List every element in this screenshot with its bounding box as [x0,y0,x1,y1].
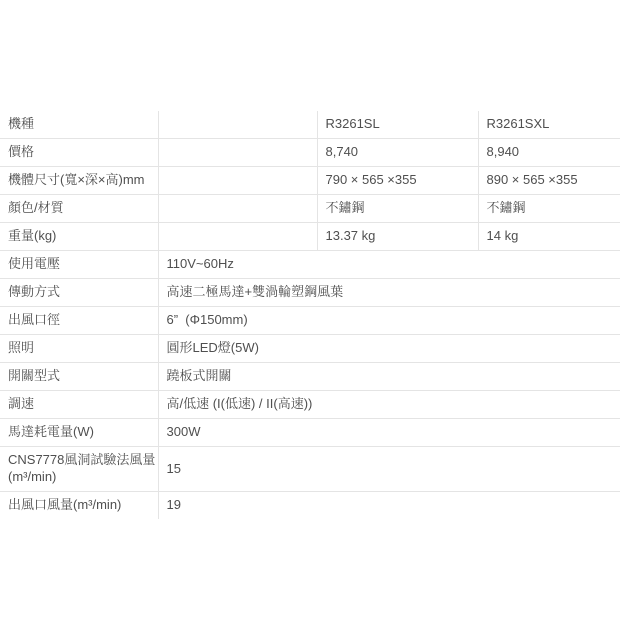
model-a-value: 不鏽鋼 [317,195,478,223]
row-label: CNS7778風洞試驗法風量 (m³/min) [0,447,158,492]
table-row: 機體尺寸(寬×深×高)mm 790 × 565 ×355 890 × 565 ×… [0,167,620,195]
spec-value: 19 [158,492,620,520]
model-a-value: 13.37 kg [317,223,478,251]
model-b-value: R3261SXL [478,111,620,139]
table-row: 傳動方式 高速二極馬達+雙渦輪塑鋼風葉 [0,279,620,307]
empty-cell [158,111,317,139]
empty-cell [158,167,317,195]
spec-value: 圓形LED燈(5W) [158,335,620,363]
empty-cell [158,195,317,223]
table-row: 照明 圓形LED燈(5W) [0,335,620,363]
row-label: 重量(kg) [0,223,158,251]
row-label: 馬達耗電量(W) [0,419,158,447]
table-row: 重量(kg) 13.37 kg 14 kg [0,223,620,251]
row-label: 調速 [0,391,158,419]
table-row: CNS7778風洞試驗法風量 (m³/min) 15 [0,447,620,492]
spec-table: 機種 R3261SL R3261SXL 價格 8,740 8,940 機體尺寸(… [0,111,620,519]
spec-value: 6” (Φ150mm) [158,307,620,335]
spec-value: 高/低速 (I(低速) / II(高速)) [158,391,620,419]
spec-value: 蹺板式開關 [158,363,620,391]
table-row: 開關型式 蹺板式開關 [0,363,620,391]
model-b-value: 14 kg [478,223,620,251]
table-row: 價格 8,740 8,940 [0,139,620,167]
row-label: 使用電壓 [0,251,158,279]
model-a-value: 790 × 565 ×355 [317,167,478,195]
row-label: 機種 [0,111,158,139]
model-b-value: 8,940 [478,139,620,167]
table-row: 機種 R3261SL R3261SXL [0,111,620,139]
row-label: 出風口風量(m³/min) [0,492,158,520]
row-label: 出風口徑 [0,307,158,335]
spec-value: 高速二極馬達+雙渦輪塑鋼風葉 [158,279,620,307]
table-row: 出風口風量(m³/min) 19 [0,492,620,520]
row-label: 照明 [0,335,158,363]
model-b-value: 890 × 565 ×355 [478,167,620,195]
spec-value: 110V~60Hz [158,251,620,279]
spec-value: 15 [158,447,620,492]
table-row: 顏色/材質 不鏽鋼 不鏽鋼 [0,195,620,223]
empty-cell [158,139,317,167]
model-a-value: R3261SL [317,111,478,139]
row-label: 機體尺寸(寬×深×高)mm [0,167,158,195]
spec-value: 300W [158,419,620,447]
row-label: 顏色/材質 [0,195,158,223]
row-label: 價格 [0,139,158,167]
empty-cell [158,223,317,251]
table-row: 出風口徑 6” (Φ150mm) [0,307,620,335]
table-row: 調速 高/低速 (I(低速) / II(高速)) [0,391,620,419]
table-row: 使用電壓 110V~60Hz [0,251,620,279]
table-row: 馬達耗電量(W) 300W [0,419,620,447]
model-b-value: 不鏽鋼 [478,195,620,223]
row-label: 傳動方式 [0,279,158,307]
model-a-value: 8,740 [317,139,478,167]
row-label: 開關型式 [0,363,158,391]
page: 機種 R3261SL R3261SXL 價格 8,740 8,940 機體尺寸(… [0,0,620,620]
